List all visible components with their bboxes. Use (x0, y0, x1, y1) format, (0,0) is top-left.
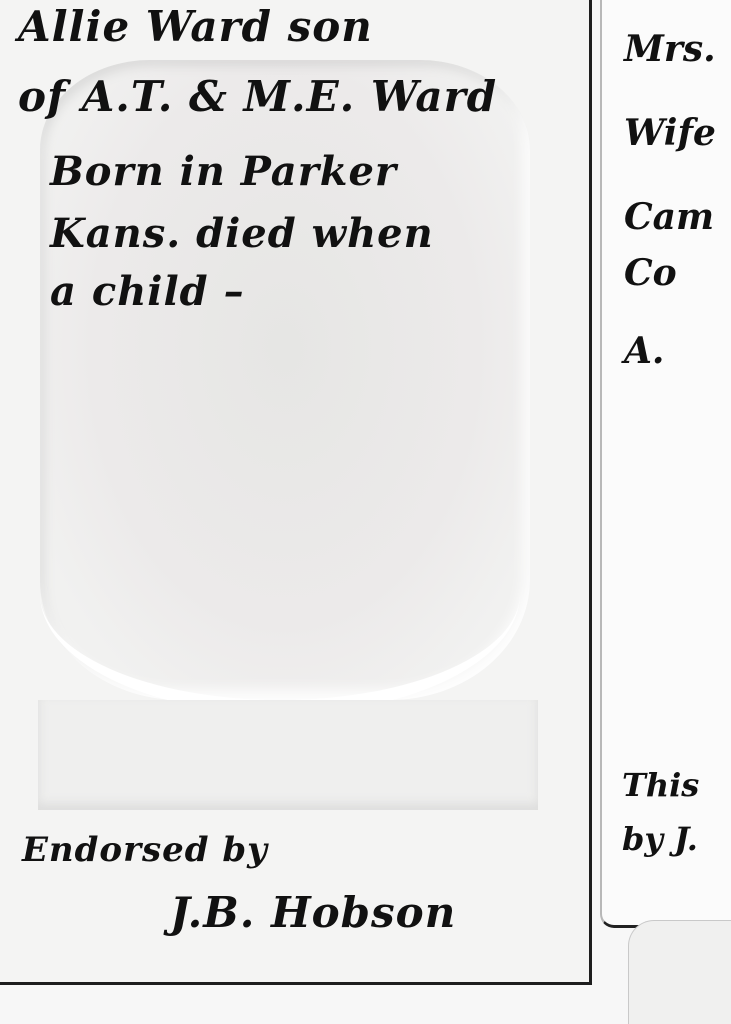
endorsement-signature: J.B. Hobson (170, 888, 456, 937)
adjacent-card-fragment: Mrs. Wife Cam Co A. This by J. (600, 0, 731, 928)
inscription-line: Born in Parker (50, 148, 397, 195)
third-card-corner (628, 920, 731, 1024)
fragment-text: Co (624, 252, 677, 294)
inscription-line: of A.T. & M.E. Ward (18, 72, 497, 121)
fragment-text: by J. (622, 820, 698, 858)
inscription-line: Allie Ward son (18, 2, 373, 51)
oval-emboss-highlight (40, 560, 520, 714)
fragment-text: Wife (624, 112, 716, 154)
fragment-text: A. (624, 330, 664, 372)
fragment-text: Mrs. (624, 28, 716, 70)
fragment-text: This (622, 766, 699, 804)
inscription-line: a child – (50, 268, 245, 315)
mount-lower-panel (38, 700, 538, 810)
inscription-line: Kans. died when (50, 210, 434, 257)
cabinet-card-back: Allie Ward son of A.T. & M.E. Ward Born … (0, 0, 592, 985)
endorsement-label: Endorsed by (22, 830, 268, 870)
fragment-text: Cam (624, 196, 714, 238)
